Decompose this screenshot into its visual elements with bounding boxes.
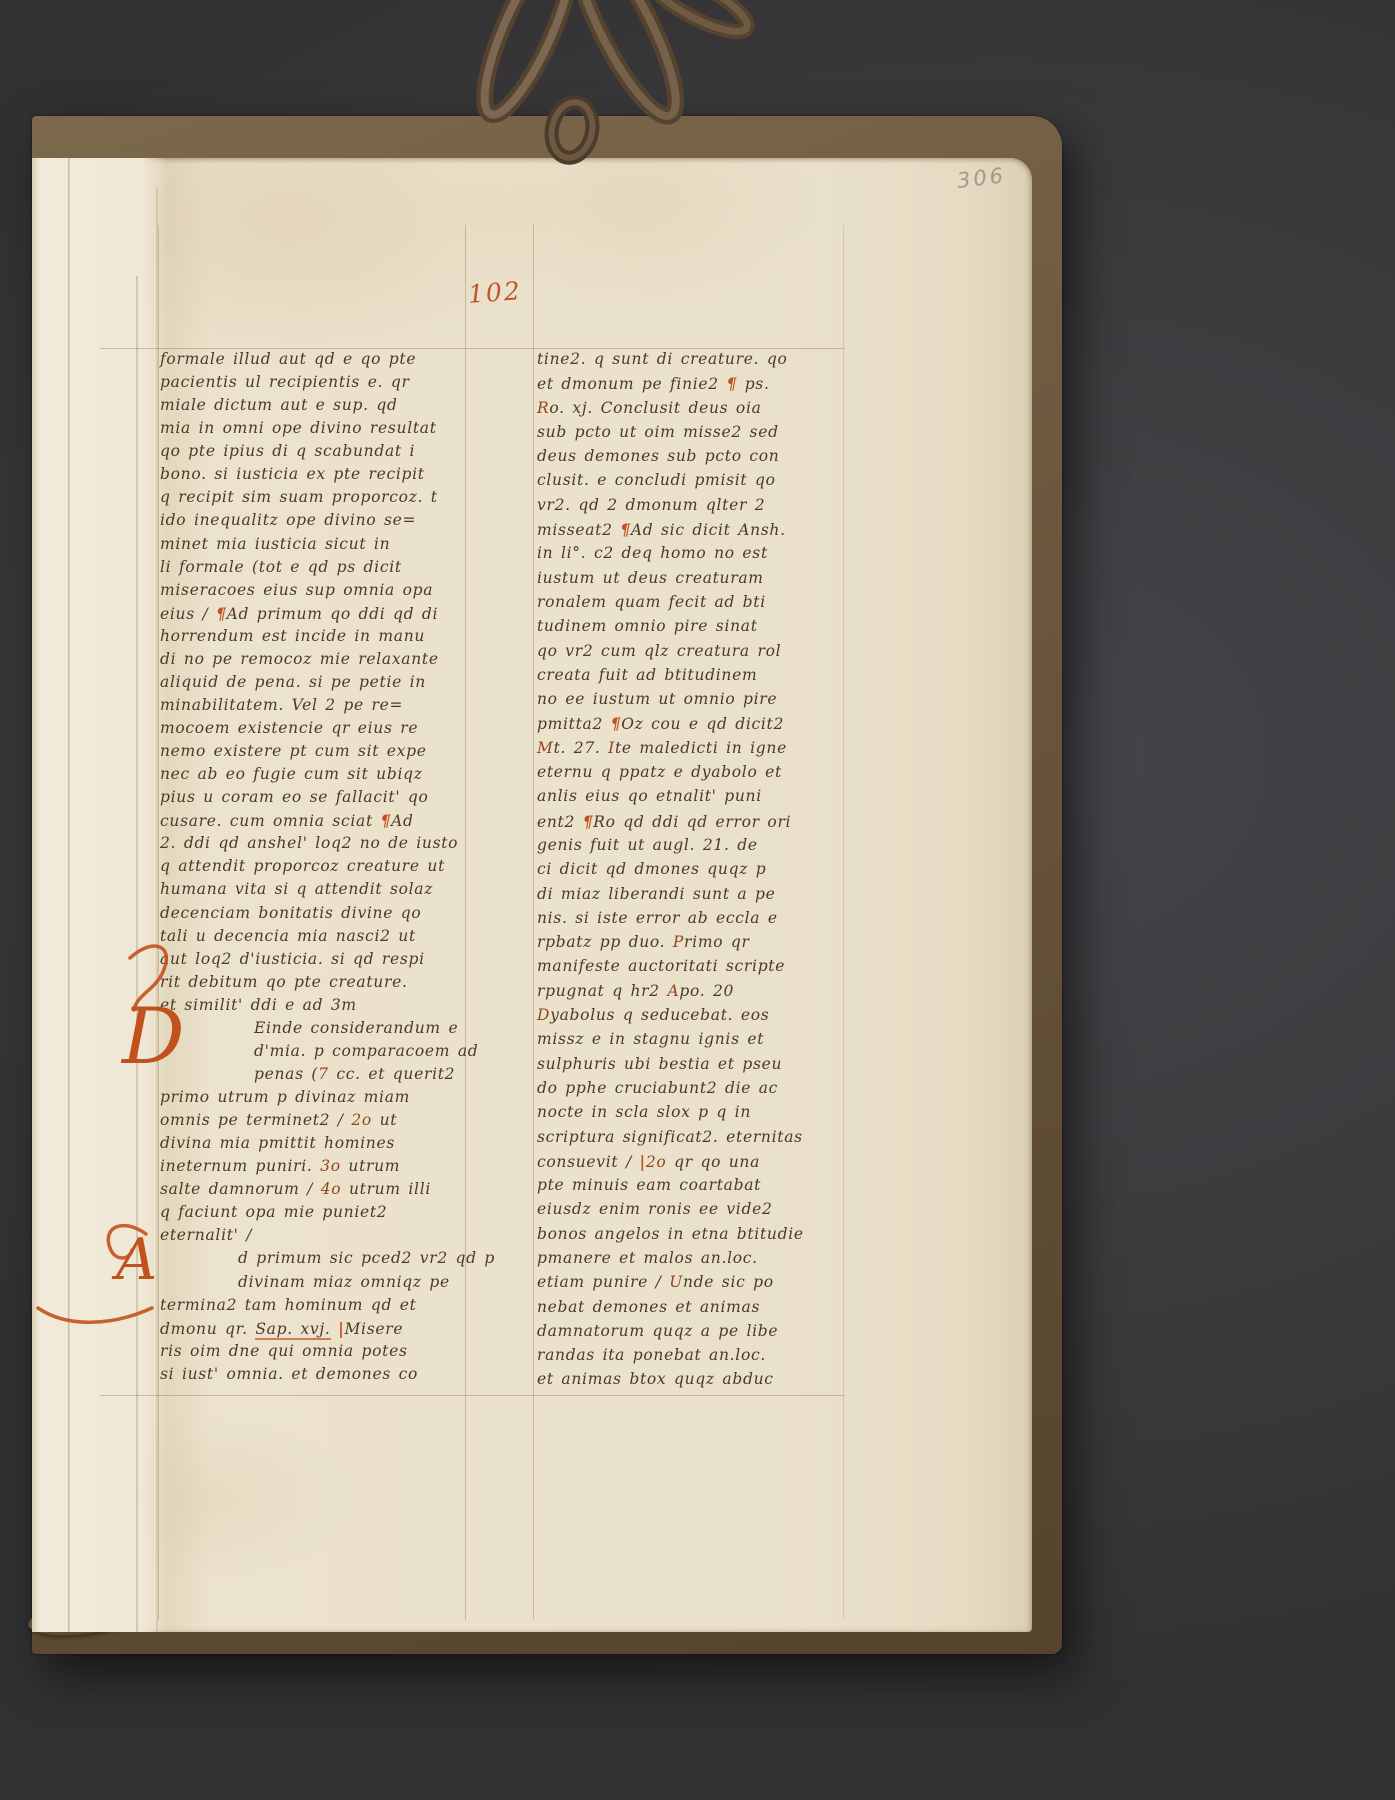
text-line: miseracoes eius sup omnia opa xyxy=(160,581,476,604)
text-line: in li°. c2 deq homo no est xyxy=(537,544,847,568)
text-line: nebat demones et animas xyxy=(537,1298,847,1322)
text-line: humana vita si q attendit solaz xyxy=(160,880,476,903)
text-line: dmonu qr. Sap. xvj. |Misere xyxy=(160,1319,476,1342)
text-line: ineternum puniri. 3o utrum xyxy=(160,1157,476,1180)
text-line: tudinem omnio pire sinat xyxy=(537,617,847,641)
text-line: ido inequalitz ope divino se= xyxy=(160,511,476,534)
text-line: primo utrum p divinaz miam xyxy=(160,1088,476,1111)
text-line: horrendum est incide in manu xyxy=(160,627,476,650)
rubric-initial-d: D xyxy=(122,1004,185,1070)
text-line: pte minuis eam coartabat xyxy=(537,1176,847,1200)
text-line: eternu q ppatz e dyabolo et xyxy=(537,763,847,787)
text-line: anlis eius qo etnalit' puni xyxy=(537,787,847,811)
text-line: termina2 tam hominum qd et xyxy=(160,1296,476,1319)
text-line: eiusdz enim ronis ee vide2 xyxy=(537,1200,847,1224)
text-line: sub pcto ut oim misse2 sed xyxy=(537,423,847,447)
text-line: si iust' omnia. et demones co xyxy=(160,1365,476,1388)
text-line: rpbatz pp duo. Primo qr xyxy=(537,933,847,957)
text-line: misseat2 ¶Ad sic dicit Ansh. xyxy=(537,520,847,544)
text-line: mia in omni ope divino resultat xyxy=(160,419,476,442)
text-line: pius u coram eo se fallacit' qo xyxy=(160,788,476,811)
ruling-line-horizontal xyxy=(100,348,845,349)
text-line: penas (7 cc. et querit2 xyxy=(160,1065,476,1088)
text-line: bonos angelos in etna btitudie xyxy=(537,1225,847,1249)
book-binding: 306 102 formale illud aut qd e qo ptepac… xyxy=(32,116,1062,1654)
text-line: pmitta2 ¶Oz cou e qd dicit2 xyxy=(537,714,847,738)
text-line: minet mia iusticia sicut in xyxy=(160,535,476,558)
text-line: di no pe remocoz mie relaxante xyxy=(160,650,476,673)
text-line: formale illud aut qd e qo pte xyxy=(160,350,476,373)
text-line: eius / ¶Ad primum qo ddi qd di xyxy=(160,604,476,627)
text-line: d'mia. p comparacoem ad xyxy=(160,1042,476,1065)
text-line: pmanere et malos an.loc. xyxy=(537,1249,847,1273)
text-line: ris oim dne qui omnia potes xyxy=(160,1342,476,1365)
text-line: 2. ddi qd anshel' loq2 no de iusto xyxy=(160,834,476,857)
text-line: clusit. e concludi pmisit qo xyxy=(537,471,847,495)
text-line: qo pte ipius di q scabundat i xyxy=(160,442,476,465)
text-line: do pphe cruciabunt2 die ac xyxy=(537,1079,847,1103)
text-line: vr2. qd 2 dmonum qlter 2 xyxy=(537,496,847,520)
text-line: omnis pe terminet2 / 2o ut xyxy=(160,1111,476,1134)
text-line: divinam miaz omniqz pe xyxy=(160,1273,476,1296)
text-line: ronalem quam fecit ad bti xyxy=(537,593,847,617)
text-line: cusare. cum omnia sciat ¶Ad xyxy=(160,811,476,834)
text-line: q recipit sim suam proporcoz. t xyxy=(160,488,476,511)
text-line: q faciunt opa mie puniet2 xyxy=(160,1203,476,1226)
text-line: tali u decencia mia nasci2 ut xyxy=(160,927,476,950)
text-line: miale dictum aut e sup. qd xyxy=(160,396,476,419)
text-line: Einde considerandum e xyxy=(160,1019,476,1042)
text-line: etiam punire / Unde sic po xyxy=(537,1273,847,1297)
text-line: no ee iustum ut omnio pire xyxy=(537,690,847,714)
text-line: li formale (tot e qd ps dicit xyxy=(160,558,476,581)
text-line: sulphuris ubi bestia et pseu xyxy=(537,1055,847,1079)
text-line: bono. si iusticia ex pte recipit xyxy=(160,465,476,488)
text-line: creata fuit ad btitudinem xyxy=(537,666,847,690)
text-line: pacientis ul recipientis e. qr xyxy=(160,373,476,396)
text-line: deus demones sub pcto con xyxy=(537,447,847,471)
text-line: Dyabolus q seducebat. eos xyxy=(537,1006,847,1030)
leaf-edge-crease xyxy=(136,276,138,1632)
text-line: rpugnat q hr2 Apo. 20 xyxy=(537,982,847,1006)
ruling-line-horizontal xyxy=(100,1395,845,1396)
text-line: consuevit / |2o qr qo una xyxy=(537,1152,847,1176)
text-line: damnatorum quqz a pe libe xyxy=(537,1322,847,1346)
text-line: rit debitum qo pte creature. xyxy=(160,973,476,996)
folio-number-red: 102 xyxy=(467,276,523,309)
ruling-line-vertical xyxy=(158,225,159,1620)
photo-background: 306 102 formale illud aut qd e qo ptepac… xyxy=(0,0,1395,1800)
text-line: nemo existere pt cum sit expe xyxy=(160,742,476,765)
text-line: minabilitatem. Vel 2 pe re= xyxy=(160,696,476,719)
manuscript-page: 306 102 formale illud aut qd e qo ptepac… xyxy=(32,158,1032,1632)
ruling-line-vertical xyxy=(533,225,534,1620)
folio-number-pencil: 306 xyxy=(956,163,1008,193)
text-line: Mt. 27. Ite maledicti in igne xyxy=(537,739,847,763)
text-line: tine2. q sunt di creature. qo xyxy=(537,350,847,374)
text-line: et animas btox quqz abduc xyxy=(537,1370,847,1394)
text-line: divina mia pmittit homines xyxy=(160,1134,476,1157)
text-line: nocte in scla slox p q in xyxy=(537,1103,847,1127)
text-line: mocoem existencie qr eius re xyxy=(160,719,476,742)
text-line: qo vr2 cum qlz creatura rol xyxy=(537,642,847,666)
page-edges xyxy=(32,158,167,1632)
rubric-initial-a: A xyxy=(116,1236,157,1284)
text-line: manifeste auctoritati scripte xyxy=(537,957,847,981)
text-line: ci dicit qd dmones quqz p xyxy=(537,860,847,884)
text-line: aliquid de pena. si pe petie in xyxy=(160,673,476,696)
text-line: scriptura significat2. eternitas xyxy=(537,1128,847,1152)
text-line: randas ita ponebat an.loc. xyxy=(537,1346,847,1370)
text-line: decenciam bonitatis divine qo xyxy=(160,904,476,927)
text-line: nis. si iste error ab eccla e xyxy=(537,909,847,933)
text-line: q attendit proporcoz creature ut xyxy=(160,857,476,880)
text-line: iustum ut deus creaturam xyxy=(537,569,847,593)
text-line: genis fuit ut augl. 21. de xyxy=(537,836,847,860)
text-line: eternalit' / xyxy=(160,1226,476,1249)
text-line: d primum sic pced2 vr2 qd p xyxy=(160,1249,476,1272)
text-line: et dmonum pe finie2 ¶ ps. xyxy=(537,374,847,398)
text-column-right: tine2. q sunt di creature. qoet dmonum p… xyxy=(537,350,847,1395)
text-line: aut loq2 d'iusticia. si qd respi xyxy=(160,950,476,973)
text-line: nec ab eo fugie cum sit ubiqz xyxy=(160,765,476,788)
text-line: ent2 ¶Ro qd ddi qd error ori xyxy=(537,812,847,836)
leaf-edge-crease xyxy=(68,158,71,1632)
text-line: di miaz liberandi sunt a pe xyxy=(537,885,847,909)
chain xyxy=(420,0,760,185)
text-line: et similit' ddi e ad 3m xyxy=(160,996,476,1019)
text-line: Ro. xj. Conclusit deus oia xyxy=(537,399,847,423)
text-column-left: formale illud aut qd e qo ptepacientis u… xyxy=(160,350,476,1388)
text-line: salte damnorum / 4o utrum illi xyxy=(160,1180,476,1203)
text-line: missz e in stagnu ignis et xyxy=(537,1030,847,1054)
